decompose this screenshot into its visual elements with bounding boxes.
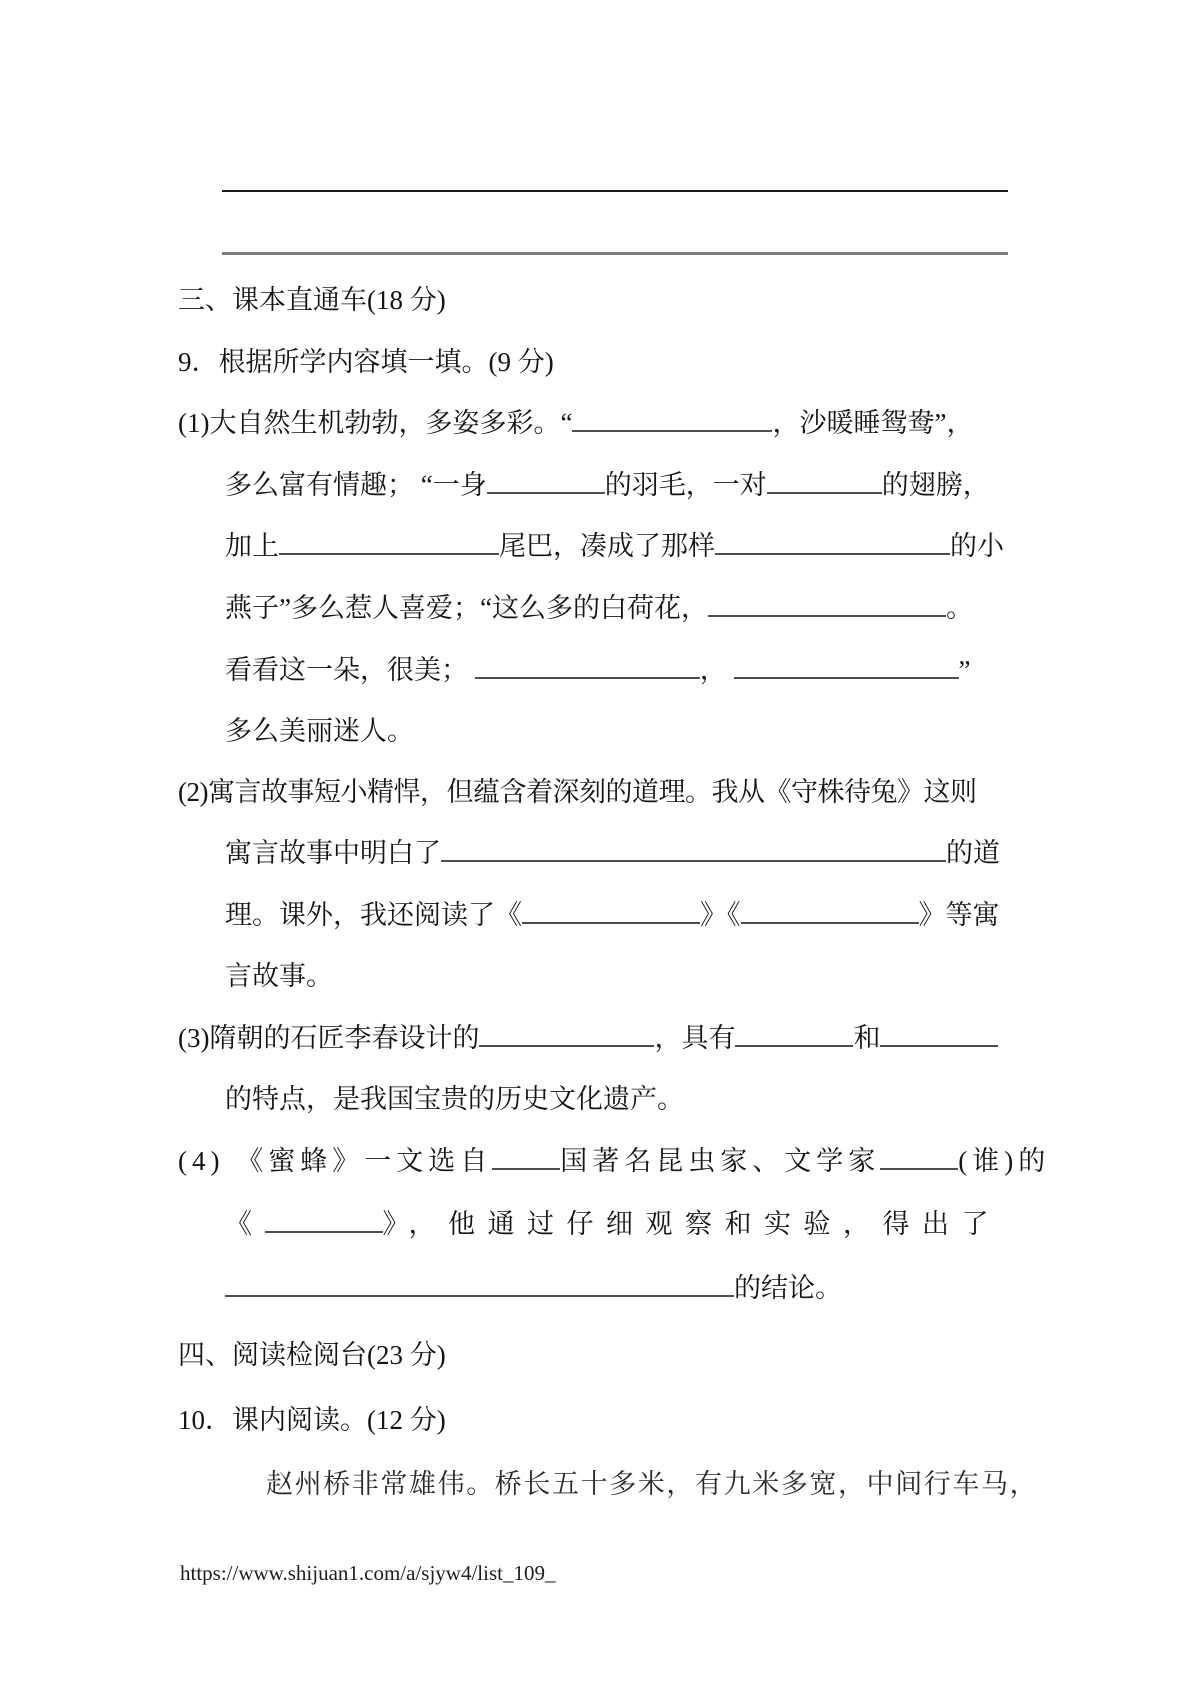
fill-in-blank — [441, 855, 946, 862]
text-segment: (2)寓言故事短小精悍，但蕴含着深刻的道理。我从《守株待兔》这则 — [178, 777, 976, 807]
text-segment: ，沙暖睡鸳鸯”， — [772, 408, 973, 438]
text-segment: 的结论。 — [734, 1273, 842, 1303]
q9-heading: 9．根据所学内容填一填。(9 分) — [178, 342, 554, 382]
q9-2-line-1: (2)寓言故事短小精悍，但蕴含着深刻的道理。我从《守株待兔》这则 — [178, 772, 976, 812]
section-3-heading: 三、课本直通车(18 分) — [178, 280, 446, 320]
section-4-heading: 四、阅读检阅台(23 分) — [178, 1335, 446, 1375]
q10-passage-line-1: 赵州桥非常雄伟。桥长五十多米，有九米多宽，中间行车马， — [266, 1465, 1038, 1505]
q9-1-line-2: 多么富有情趣； “一身的羽毛，一对的翅膀， — [225, 465, 990, 505]
fill-in-blank — [572, 425, 772, 432]
text-segment: 三、课本直通车(18 分) — [178, 285, 446, 315]
fill-in-blank — [734, 672, 959, 679]
fill-in-blank — [741, 917, 919, 924]
text-segment: 尾巴，凑成了那样 — [499, 531, 715, 561]
text-segment: 多么美丽迷人。 — [225, 716, 414, 746]
fill-in-blank — [522, 917, 700, 924]
text-segment: 看看这一朵，很美； — [225, 655, 475, 685]
answer-line-1 — [222, 190, 1008, 192]
text-segment: 国著名昆虫家、文学家 — [560, 1146, 880, 1176]
q9-2-line-2: 寓言故事中明白了的道 — [225, 833, 1000, 873]
q9-4-line-1: (4) 《蜜蜂》一文选自国著名昆虫家、文学家(谁)的 — [178, 1141, 1050, 1181]
text-segment: 燕子”多么惹人喜爱；“这么多的白荷花， — [225, 593, 708, 623]
text-segment: ，具有 — [654, 1023, 735, 1053]
footer-url: https://www.shijuan1.com/a/sjyw4/list_10… — [180, 1559, 555, 1587]
text-segment: (谁)的 — [958, 1146, 1050, 1176]
q9-2-line-3: 理。课外，我还阅读了《》《》等寓 — [225, 895, 1000, 935]
text-segment: 的翅膀， — [882, 470, 990, 500]
text-segment: 《 — [225, 1209, 265, 1239]
text-segment: 理。课外，我还阅读了《 — [225, 900, 522, 930]
fill-in-blank — [708, 610, 946, 617]
fill-in-blank — [492, 1163, 560, 1170]
q9-2-line-4: 言故事。 — [225, 956, 333, 996]
text-segment: 的道 — [946, 838, 1000, 868]
text-segment: 的小 — [950, 531, 1004, 561]
text-segment: 四、阅读检阅台(23 分) — [178, 1340, 446, 1370]
text-segment: ” — [959, 655, 971, 685]
fill-in-blank — [475, 672, 700, 679]
q9-3-line-2: 的特点，是我国宝贵的历史文化遗产。 — [225, 1079, 684, 1119]
fill-in-blank — [767, 487, 882, 494]
text-segment: 》等寓 — [919, 900, 1000, 930]
text-segment: 10．课内阅读。(12 分) — [178, 1405, 446, 1435]
fill-in-blank — [880, 1040, 998, 1047]
text-segment: (1)大自然生机勃勃，多姿多彩。“ — [178, 408, 572, 438]
q9-1-line-4: 燕子”多么惹人喜爱；“这么多的白荷花，。 — [225, 588, 973, 628]
text-segment: 赵州桥非常雄伟。桥长五十多米，有九米多宽，中间行车马， — [266, 1469, 1038, 1500]
text-segment: 。 — [946, 593, 973, 623]
q9-1-line-3: 加上尾巴，凑成了那样的小 — [225, 526, 1004, 566]
fill-in-blank — [735, 1040, 853, 1047]
text-segment: 9．根据所学内容填一填。(9 分) — [178, 347, 554, 377]
text-segment: 的羽毛，一对 — [605, 470, 767, 500]
text-segment: 寓言故事中明白了 — [225, 838, 441, 868]
fill-in-blank — [225, 1290, 734, 1297]
q9-4-line-3: 的结论。 — [225, 1268, 842, 1308]
text-segment: ， — [700, 655, 734, 685]
q9-1-line-5: 看看这一朵，很美； ， ” — [225, 650, 970, 690]
text-segment: 》《 — [700, 900, 741, 930]
fill-in-blank — [715, 548, 950, 555]
fill-in-blank — [487, 487, 605, 494]
fill-in-blank — [880, 1163, 958, 1170]
text-segment: (3)隋朝的石匠李春设计的 — [178, 1023, 479, 1053]
fill-in-blank — [279, 548, 499, 555]
text-segment: (4) 《蜜蜂》一文选自 — [178, 1146, 492, 1176]
text-segment: 》，他通过仔细观察和实验，得出了 — [383, 1209, 1002, 1239]
answer-line-2 — [222, 252, 1008, 255]
text-segment: 加上 — [225, 531, 279, 561]
text-segment: 的特点，是我国宝贵的历史文化遗产。 — [225, 1084, 684, 1114]
text-segment: 言故事。 — [225, 961, 333, 991]
text-segment: 和 — [853, 1023, 880, 1053]
q9-4-line-2: 《》，他通过仔细观察和实验，得出了 — [225, 1204, 1001, 1244]
document-page: 三、课本直通车(18 分)9．根据所学内容填一填。(9 分)(1)大自然生机勃勃… — [0, 0, 1191, 1684]
q9-1-line-1: (1)大自然生机勃勃，多姿多彩。“，沙暖睡鸳鸯”， — [178, 403, 973, 443]
q9-1-line-6: 多么美丽迷人。 — [225, 711, 414, 751]
q9-3-line-1: (3)隋朝的石匠李春设计的，具有和 — [178, 1018, 998, 1058]
fill-in-blank — [265, 1226, 383, 1233]
q10-heading: 10．课内阅读。(12 分) — [178, 1400, 446, 1440]
text-segment: 多么富有情趣； “一身 — [225, 470, 487, 500]
fill-in-blank — [479, 1040, 654, 1047]
